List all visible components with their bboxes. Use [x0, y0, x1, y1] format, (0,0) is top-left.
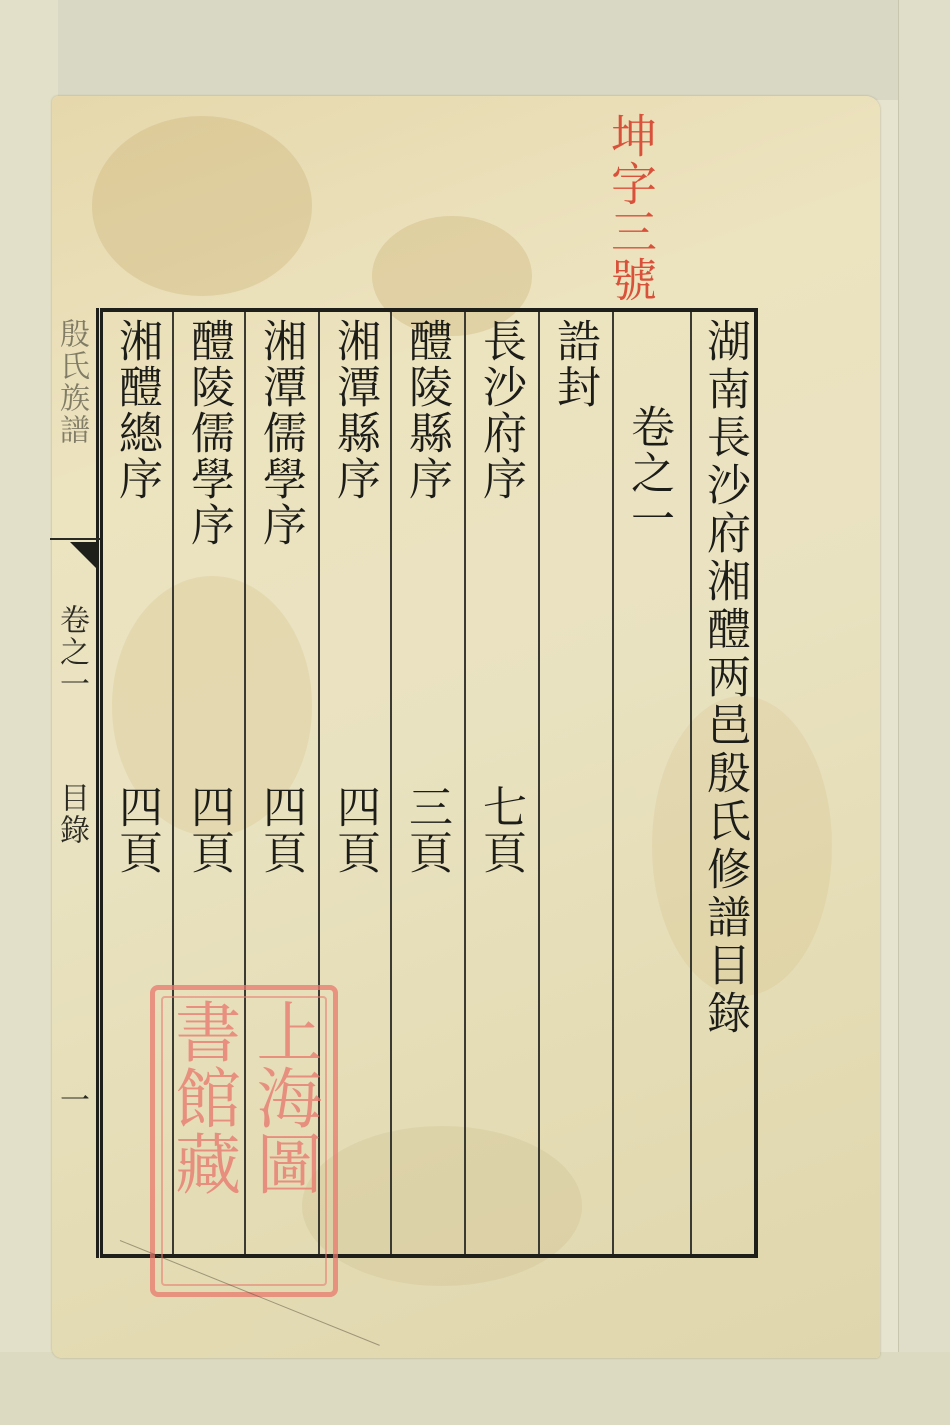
volume-heading: 卷之一 [626, 404, 670, 542]
column-line [390, 312, 392, 1254]
strip-book-title: 殷氏族譜 [56, 318, 86, 446]
mounting-paper-right [898, 0, 950, 1425]
red-inscription: 坤字三號 [608, 112, 654, 304]
block-heart-strip: 殷氏族譜 卷之一 目錄 一 [50, 308, 100, 1258]
toc-entry-title: 湘潭儒學序 [258, 318, 302, 548]
toc-entry-page: 四頁 [114, 784, 158, 876]
column-line [464, 312, 466, 1254]
toc-entry-title: 長沙府序 [478, 318, 522, 502]
fish-tail-mark [70, 542, 98, 570]
toc-entry-page: 七頁 [478, 784, 522, 876]
strip-volume: 卷之一 [56, 604, 86, 700]
toc-entry-page: 四頁 [332, 784, 376, 876]
toc-entry-title: 醴陵儒學序 [186, 318, 230, 548]
toc-entry-title: 湘醴總序 [114, 318, 158, 502]
library-seal: 上海圖 書館藏 [150, 985, 338, 1297]
column-line [538, 312, 540, 1254]
toc-entry-page: 四頁 [258, 784, 302, 876]
toc-entry-page: 四頁 [186, 784, 230, 876]
column-line [690, 312, 692, 1254]
water-stain [92, 116, 312, 296]
strip-section: 目錄 [56, 782, 86, 846]
toc-title: 湖南長沙府湘醴两邑殷氏修譜目錄 [702, 318, 746, 1038]
seal-text-right: 上海圖 [246, 998, 319, 1196]
strip-border-line [96, 308, 99, 1258]
toc-entry-title: 誥封 [552, 318, 596, 410]
column-line [612, 312, 614, 1254]
mounting-paper-bottom [0, 1352, 950, 1425]
strip-folio: 一 [56, 1084, 86, 1116]
toc-entry-title: 湘潭縣序 [332, 318, 376, 502]
mounting-paper-top [58, 0, 898, 100]
seal-text-left: 書館藏 [165, 998, 238, 1196]
strip-divider [50, 538, 100, 540]
toc-entry-page: 三頁 [404, 784, 448, 876]
toc-entry-title: 醴陵縣序 [404, 318, 448, 502]
